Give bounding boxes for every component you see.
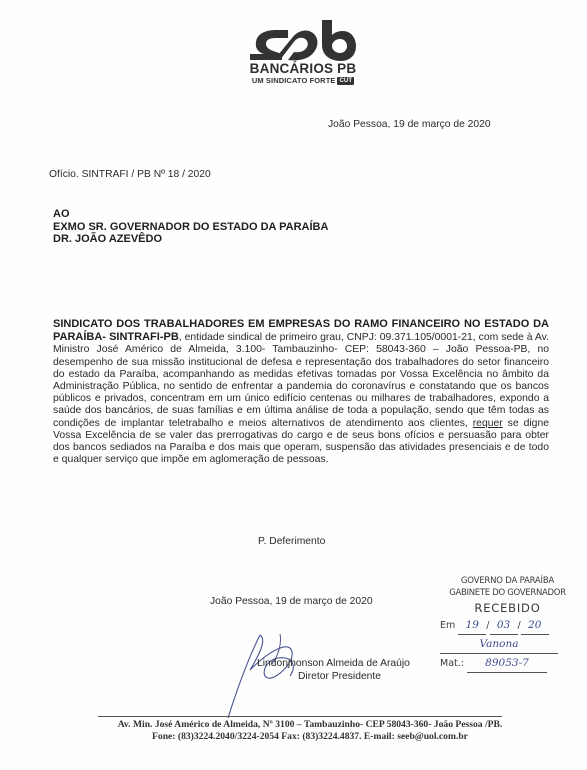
stamp-date-row: Em 19/03/20 xyxy=(440,616,575,635)
seeb-logo-icon xyxy=(248,18,358,64)
body-text-part-1: , entidade sindical de primeiro grau, CN… xyxy=(53,332,549,428)
letter-reference: Ofício. SINTRAFI / PB Nº 18 / 2020 xyxy=(49,169,211,180)
letterhead-subtitle: UM SINDICATO FORTECUT xyxy=(228,76,378,85)
addressee-block: AO EXMO SR. GOVERNADOR DO ESTADO DA PARA… xyxy=(53,208,328,246)
stamp-name-row: Vanona xyxy=(440,635,575,654)
stamp-mat-label: Mat.: xyxy=(440,658,464,669)
stamp-date-year: 20 xyxy=(521,616,549,635)
stamp-date-label: Em xyxy=(440,620,455,631)
letterhead-title: BANCÁRIOS PB xyxy=(228,62,378,76)
body-underlined-word: requer xyxy=(473,418,503,429)
addressee-line-1: AO xyxy=(53,208,328,221)
document-page: BANCÁRIOS PB UM SINDICATO FORTECUT João … xyxy=(0,0,587,770)
signatory-role: Diretor Presidente xyxy=(298,671,381,682)
stamp-handwritten-name: Vanona xyxy=(440,635,558,654)
stamp-date-month: 03 xyxy=(490,616,518,635)
stamp-mat-row: Mat.: 89053-7 xyxy=(440,654,575,673)
letterhead-slogan: UM SINDICATO FORTE xyxy=(252,76,336,85)
letter-date: João Pessoa, 19 de março de 2020 xyxy=(328,119,491,130)
stamp-date-day: 19 xyxy=(458,616,486,635)
footer-address: Av. Min. José Américo de Almeida, Nº 310… xyxy=(60,719,560,731)
letterhead-logo: BANCÁRIOS PB UM SINDICATO FORTECUT xyxy=(228,18,378,98)
signature-date: João Pessoa, 19 de março de 2020 xyxy=(210,596,373,607)
addressee-line-2: EXMO SR. GOVERNADOR DO ESTADO DA PARAÍBA xyxy=(53,221,328,234)
stamp-office: GABINETE DO GOVERNADOR xyxy=(440,587,575,599)
footer-contacts: Fone: (83)3224.2040/3224-2054 Fax: (83)3… xyxy=(60,731,560,743)
closing: P. Deferimento xyxy=(258,536,325,547)
stamp-received: RECEBIDO xyxy=(440,600,575,616)
addressee-line-3: DR. JOÃO AZEVÊDO xyxy=(53,233,328,246)
letter-body: SINDICATO DOS TRABALHADORES EM EMPRESAS … xyxy=(53,318,549,466)
cut-badge: CUT xyxy=(337,77,354,85)
received-stamp: GOVERNO DA PARAÍBA GABINETE DO GOVERNADO… xyxy=(440,575,575,673)
letter-footer: Av. Min. José Américo de Almeida, Nº 310… xyxy=(60,719,560,743)
stamp-mat-value: 89053-7 xyxy=(467,654,547,673)
stamp-government: GOVERNO DA PARAÍBA xyxy=(440,575,575,587)
signatory-name: Lindonjhonson Almeida de Araújo xyxy=(257,658,410,669)
footer-divider xyxy=(98,716,502,717)
